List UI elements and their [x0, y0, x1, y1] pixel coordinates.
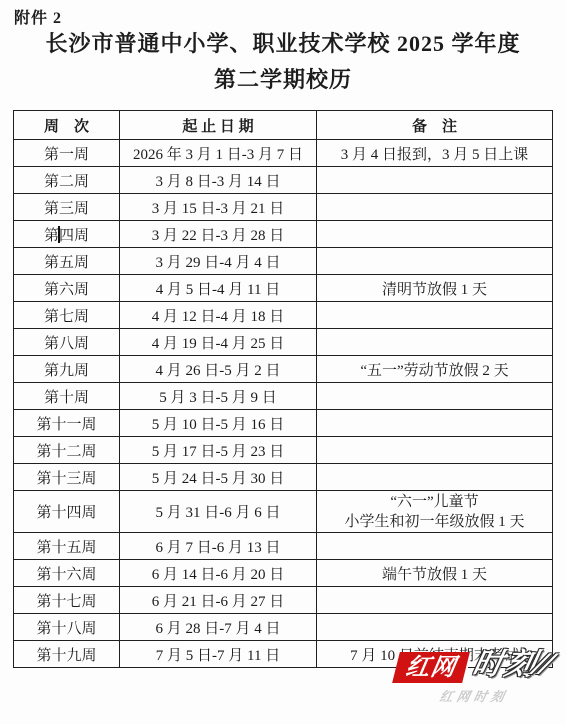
dates-cell: 4 月 26 日-5 月 2 日: [120, 356, 317, 383]
dates-cell: 3 月 22 日-3 月 28 日: [120, 221, 317, 248]
week-cell: 第九周: [14, 356, 120, 383]
note-cell: 7 月 10 日前结束期末考试: [317, 641, 553, 668]
table-header-row: 周 次 起 止 日 期 备 注: [14, 111, 553, 140]
dates-cell: 7 月 5 日-7 月 11 日: [120, 641, 317, 668]
note-line2: 小学生和初一年级放假 1 天: [319, 512, 550, 532]
table-row: 第七周 4 月 12 日-4 月 18 日: [14, 302, 553, 329]
note-cell: [317, 167, 553, 194]
table-row: 第八周 4 月 19 日-4 月 25 日: [14, 329, 553, 356]
table-row: 第五周 3 月 29 日-4 月 4 日: [14, 248, 553, 275]
dates-cell: 5 月 10 日-5 月 16 日: [120, 410, 317, 437]
dates-cell: 5 月 24 日-5 月 30 日: [120, 464, 317, 491]
dates-cell: 6 月 7 日-6 月 13 日: [120, 533, 317, 560]
week-cell: 第七周: [14, 302, 120, 329]
table-row: 第一周 2026 年 3 月 1 日-3 月 7 日 3 月 4 日报到，3 月…: [14, 140, 553, 167]
dates-cell: 6 月 21 日-6 月 27 日: [120, 587, 317, 614]
week-cell: 第五周: [14, 248, 120, 275]
week-cell: 第十一周: [14, 410, 120, 437]
document-title-line1: 长沙市普通中小学、职业技术学校 2025 学年度: [0, 26, 566, 62]
note-cell: 端午节放假 1 天: [317, 560, 553, 587]
week-cell: 第十二周: [14, 437, 120, 464]
text-cursor: [58, 226, 60, 243]
week-cell: 第十九周: [14, 641, 120, 668]
week-cell: 第十八周: [14, 614, 120, 641]
dates-cell: 3 月 15 日-3 月 21 日: [120, 194, 317, 221]
table-row: 第三周 3 月 15 日-3 月 21 日: [14, 194, 553, 221]
week-cell: 第八周: [14, 329, 120, 356]
school-calendar-table: 周 次 起 止 日 期 备 注 第一周 2026 年 3 月 1 日-3 月 7…: [13, 110, 553, 668]
document-title: 长沙市普通中小学、职业技术学校 2025 学年度 第二学期校历: [0, 26, 566, 98]
note-cell: [317, 614, 553, 641]
table-row: 第十六周 6 月 14 日-6 月 20 日 端午节放假 1 天: [14, 560, 553, 587]
week-cell: 第十七周: [14, 587, 120, 614]
dates-cell: 5 月 31 日-6 月 6 日: [120, 491, 317, 533]
document-title-line2: 第二学期校历: [0, 62, 566, 98]
note-cell: [317, 533, 553, 560]
week-cell: 第十五周: [14, 533, 120, 560]
attachment-label: 附件 2: [14, 5, 62, 28]
dates-cell: 4 月 5 日-4 月 11 日: [120, 275, 317, 302]
table-row: 第十五周 6 月 7 日-6 月 13 日: [14, 533, 553, 560]
dates-cell: 2026 年 3 月 1 日-3 月 7 日: [120, 140, 317, 167]
note-cell: [317, 221, 553, 248]
week-cell: 第三周: [14, 194, 120, 221]
note-cell: [317, 410, 553, 437]
table-row: 第九周 4 月 26 日-5 月 2 日 “五一”劳动节放假 2 天: [14, 356, 553, 383]
table-row: 第十七周 6 月 21 日-6 月 27 日: [14, 587, 553, 614]
week-cell: 第六周: [14, 275, 120, 302]
table-row: 第六周 4 月 5 日-4 月 11 日 清明节放假 1 天: [14, 275, 553, 302]
dates-cell: 6 月 14 日-6 月 20 日: [120, 560, 317, 587]
dates-cell: 4 月 19 日-4 月 25 日: [120, 329, 317, 356]
note-cell: [317, 383, 553, 410]
watermark-ghost-text: 红网时刻: [438, 686, 510, 705]
note-cell: 3 月 4 日报到，3 月 5 日上课: [317, 140, 553, 167]
note-cell: [317, 587, 553, 614]
dates-cell: 3 月 8 日-3 月 14 日: [120, 167, 317, 194]
note-line1: “六一”儿童节: [319, 492, 550, 512]
dates-cell: 4 月 12 日-4 月 18 日: [120, 302, 317, 329]
dates-cell: 3 月 29 日-4 月 4 日: [120, 248, 317, 275]
week-cell: 第十六周: [14, 560, 120, 587]
dates-cell: 5 月 3 日-5 月 9 日: [120, 383, 317, 410]
dates-cell: 6 月 28 日-7 月 4 日: [120, 614, 317, 641]
week-cell: 第四周: [14, 221, 120, 248]
week-cell: 第二周: [14, 167, 120, 194]
note-cell: [317, 437, 553, 464]
table-row: 第十九周 7 月 5 日-7 月 11 日 7 月 10 日前结束期末考试: [14, 641, 553, 668]
week-cell: 第十四周: [14, 491, 120, 533]
header-note: 备 注: [317, 111, 553, 140]
dates-cell: 5 月 17 日-5 月 23 日: [120, 437, 317, 464]
note-cell: 清明节放假 1 天: [317, 275, 553, 302]
note-cell: “六一”儿童节 小学生和初一年级放假 1 天: [317, 491, 553, 533]
table-row: 第二周 3 月 8 日-3 月 14 日: [14, 167, 553, 194]
table-row: 第十一周 5 月 10 日-5 月 16 日: [14, 410, 553, 437]
week-cell: 第一周: [14, 140, 120, 167]
table-row: 第十八周 6 月 28 日-7 月 4 日: [14, 614, 553, 641]
table-row: 第十四周 5 月 31 日-6 月 6 日 “六一”儿童节 小学生和初一年级放假…: [14, 491, 553, 533]
table-row: 第四周 3 月 22 日-3 月 28 日: [14, 221, 553, 248]
header-dates: 起 止 日 期: [120, 111, 317, 140]
week-cell: 第十三周: [14, 464, 120, 491]
note-cell: [317, 248, 553, 275]
table-row: 第十周 5 月 3 日-5 月 9 日: [14, 383, 553, 410]
week-cell: 第十周: [14, 383, 120, 410]
note-cell: [317, 302, 553, 329]
note-cell: [317, 329, 553, 356]
week-label: 第四周: [44, 228, 89, 244]
note-cell: “五一”劳动节放假 2 天: [317, 356, 553, 383]
note-cell: [317, 194, 553, 221]
table-row: 第十三周 5 月 24 日-5 月 30 日: [14, 464, 553, 491]
table-row: 第十二周 5 月 17 日-5 月 23 日: [14, 437, 553, 464]
header-week: 周 次: [14, 111, 120, 140]
note-cell: [317, 464, 553, 491]
